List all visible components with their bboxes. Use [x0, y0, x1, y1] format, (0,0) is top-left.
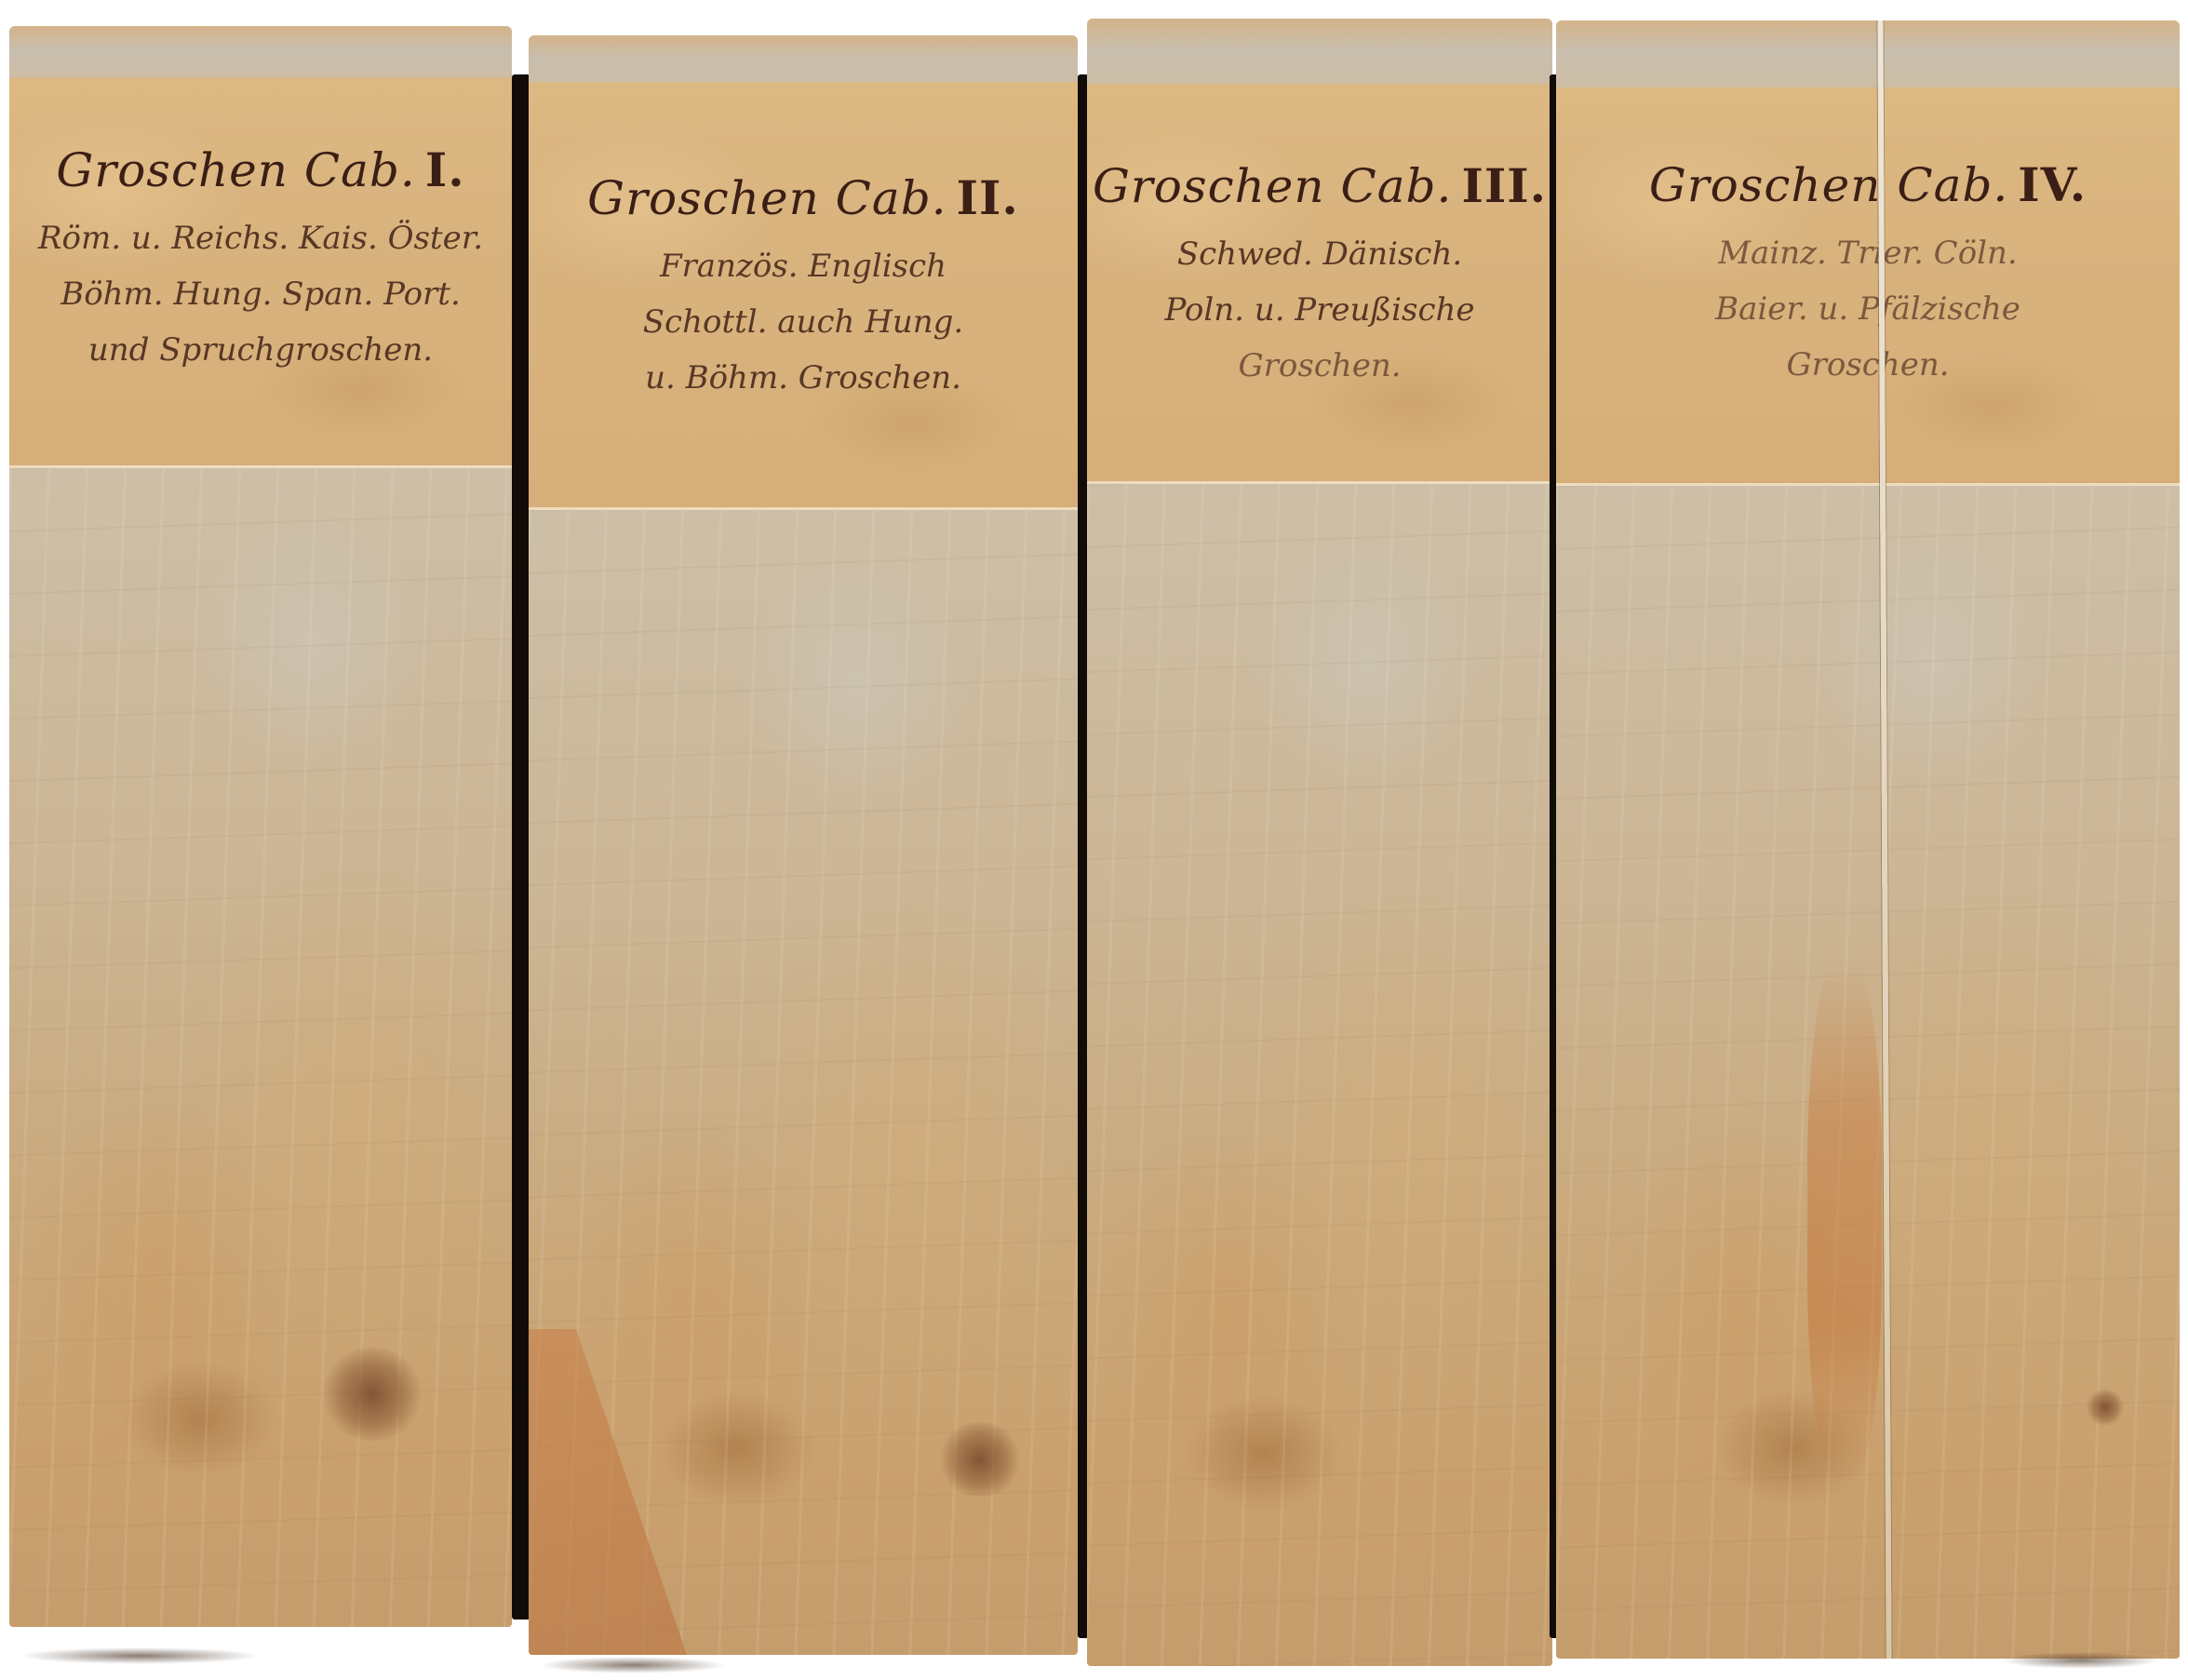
stain-mark — [2087, 1389, 2124, 1426]
label-line: Röm. u. Reichs. Kais. Öster. — [38, 210, 483, 266]
spine-top-band — [1087, 19, 1552, 88]
title-text: Groschen Cab. — [56, 143, 415, 197]
label-line: Schwed. Dänisch. — [1177, 226, 1462, 282]
shadow — [2001, 1652, 2159, 1669]
volume-number: I. — [425, 142, 465, 197]
shadow — [19, 1647, 261, 1664]
title-text: Groschen Cab. — [1093, 159, 1452, 213]
shadow — [540, 1657, 726, 1673]
volume-number: III. — [1461, 158, 1547, 213]
label-line: und Spruchgroschen. — [88, 322, 433, 378]
label-title: Groschen Cab.III. — [1093, 158, 1547, 213]
spine-label: Groschen Cab.III. Schwed. Dänisch. Poln.… — [1087, 84, 1552, 484]
label-line: Mainz. Trier. Cöln. — [1718, 225, 2018, 281]
label-line: Böhm. Hung. Span. Port. — [60, 266, 461, 322]
label-title: Groschen Cab.II. — [587, 170, 1019, 225]
spine-body — [1087, 484, 1552, 1666]
book-spine-volume-3: Groschen Cab.III. Schwed. Dänisch. Poln.… — [1087, 19, 1552, 1666]
label-line: Baier. u. Pfälzische — [1715, 281, 2020, 337]
spine-label: Groschen Cab.II. Französ. Englisch Schot… — [529, 82, 1078, 510]
volume-number: IV. — [2018, 157, 2087, 212]
spine-top-band — [9, 26, 512, 82]
rust-streak — [1807, 961, 1882, 1482]
title-text: Groschen Cab. — [587, 171, 946, 225]
title-text: Groschen Cab. — [1649, 158, 2008, 212]
stain-mark — [938, 1422, 1022, 1497]
volume-number: II. — [957, 170, 1019, 225]
book-spine-volume-2: Groschen Cab.II. Französ. Englisch Schot… — [529, 35, 1078, 1655]
label-line: u. Böhm. Groschen. — [645, 350, 961, 406]
book-spine-volume-1: Groschen Cab.I. Röm. u. Reichs. Kais. Ös… — [9, 26, 512, 1627]
label-title: Groschen Cab.I. — [56, 142, 464, 197]
book-spine-volume-4: Groschen Cab.IV. Mainz. Trier. Cöln. Bai… — [1556, 20, 2180, 1659]
stain-mark — [321, 1348, 423, 1441]
spine-label: Groschen Cab.IV. Mainz. Trier. Cöln. Bai… — [1556, 87, 2180, 486]
label-line: Poln. u. Preußische — [1164, 282, 1474, 338]
spine-body — [9, 468, 512, 1627]
label-line: Groschen. — [1238, 338, 1401, 394]
book-spines-photo: Groschen Cab.I. Röm. u. Reichs. Kais. Ös… — [0, 0, 2188, 1680]
label-line: Groschen. — [1786, 337, 1949, 393]
label-title: Groschen Cab.IV. — [1649, 157, 2087, 212]
spine-gap — [512, 74, 530, 1620]
spine-top-band — [1556, 20, 2180, 90]
label-line: Schottl. auch Hung. — [643, 294, 963, 350]
label-line: Französ. Englisch — [660, 238, 946, 294]
spine-label: Groschen Cab.I. Röm. u. Reichs. Kais. Ös… — [9, 77, 512, 468]
